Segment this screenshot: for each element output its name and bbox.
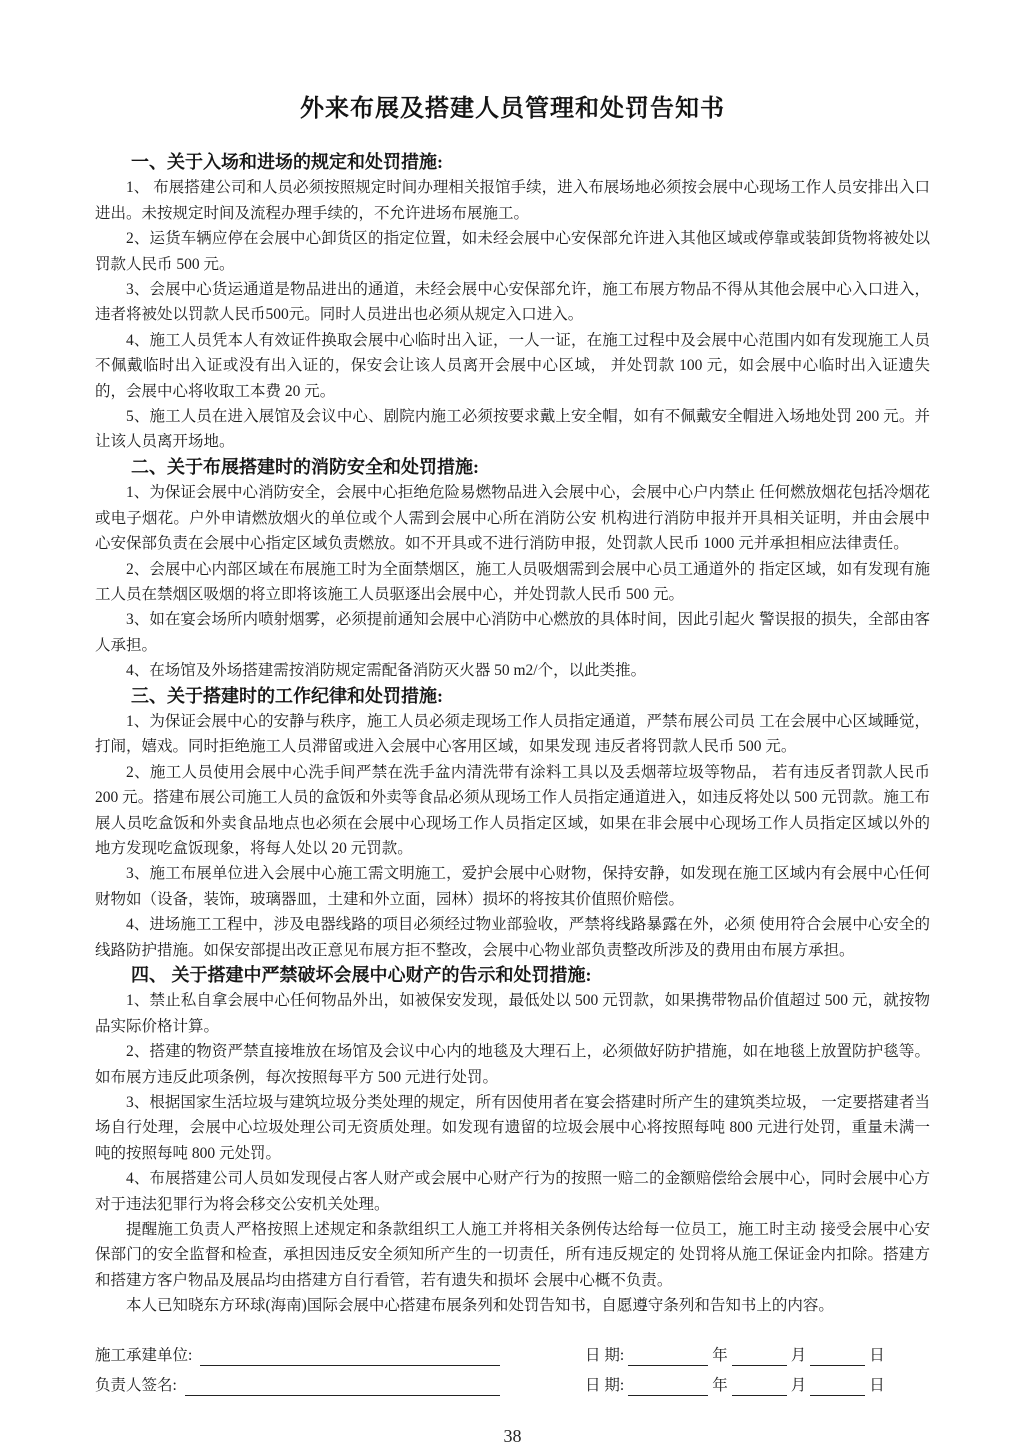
signer-signature-line[interactable] [185,1376,500,1396]
signature-block: 施工承建单位: 日 期: 年 月 日 负责人签名: [95,1345,930,1396]
section-4-paragraph: 2、搭建的物资严禁直接堆放在场馆及会议中心内的地毯及大理石上，必须做好防护措施，… [95,1039,930,1090]
year-label: 年 [712,1375,728,1396]
signer-field: 负责人签名: [95,1375,500,1396]
section-4-paragraph: 1、禁止私自拿会展中心任何物品外出，如被保安发现，最低处以 500 元罚款，如果… [95,988,930,1039]
section-2-paragraph: 4、在场馆及外场搭建需按消防规定需配备消防灭火器 50 m2/个，以此类推。 [95,658,930,683]
signer-label: 负责人签名: [95,1375,177,1396]
unit-label: 施工承建单位: [95,1345,192,1366]
date-year-line[interactable] [628,1346,708,1366]
section-1-paragraph: 2、运货车辆应停在会展中心卸货区的指定位置，如未经会展中心安保部允许进入其他区域… [95,226,930,277]
month-label: 月 [791,1345,807,1366]
document-title: 外来布展及搭建人员管理和处罚告知书 [95,94,930,124]
section-1-paragraph: 3、会展中心货运通道是物品进出的通道，未经会展中心安保部允许，施工布展方物品不得… [95,277,930,328]
section-2-paragraph: 2、会展中心内部区域在布展施工时为全面禁烟区，施工人员吸烟需到会展中心员工通道外… [95,557,930,608]
section-3-heading: 三、关于搭建时的工作纪律和处罚措施: [95,684,930,709]
section-3-paragraph: 1、为保证会展中心的安静与秩序，施工人员必须走现场工作人员指定通道，严禁布展公司… [95,709,930,760]
closing-paragraph: 提醒施工负责人严格按照上述规定和条款组织工人施工并将相关条例传达给每一位员工，施… [95,1217,930,1293]
section-3-paragraph: 4、进场施工工程中，涉及电器线路的项目必须经过物业部验收，严禁将线路暴露在外，必… [95,912,930,963]
section-1-paragraph: 1、 布展搭建公司和人员必须按照规定时间办理相关报馆手续，进入布展场地必须按会展… [95,175,930,226]
section-4-heading: 四、 关于搭建中严禁破坏会展中心财产的告示和处罚措施: [95,963,930,988]
closing-paragraph: 本人已知晓东方环球(海南)国际会展中心搭建布展条列和处罚告知书，自愿遵守条列和告… [95,1293,930,1318]
date-day-line[interactable] [810,1376,865,1396]
date-year-line[interactable] [628,1376,708,1396]
section-4-paragraph: 3、根据国家生活垃圾与建筑垃圾分类处理的规定，所有因使用者在宴会搭建时所产生的建… [95,1090,930,1166]
date-month-line[interactable] [732,1376,787,1396]
day-label: 日 [869,1375,885,1396]
page-number: 38 [95,1426,930,1447]
month-label: 月 [791,1375,807,1396]
section-1-paragraph: 5、施工人员在进入展馆及会议中心、剧院内施工必须按要求戴上安全帽，如有不佩戴安全… [95,404,930,455]
signature-row-unit: 施工承建单位: 日 期: 年 月 日 [95,1345,930,1366]
section-2-heading: 二、关于布展搭建时的消防安全和处罚措施: [95,455,930,480]
date-month-line[interactable] [732,1346,787,1366]
unit-field: 施工承建单位: [95,1345,500,1366]
date-label: 日 期: [585,1345,624,1366]
section-2-paragraph: 1、为保证会展中心消防安全，会展中心拒绝危险易燃物品进入会展中心，会展中心户内禁… [95,480,930,556]
date-field: 日 期: 年 月 日 [585,1375,930,1396]
date-label: 日 期: [585,1375,624,1396]
signature-row-signer: 负责人签名: 日 期: 年 月 日 [95,1375,930,1396]
section-3-paragraph: 3、施工布展单位进入会展中心施工需文明施工，爱护会展中心财物，保持安静，如发现在… [95,861,930,912]
section-1-paragraph: 4、施工人员凭本人有效证件换取会展中心临时出入证，一人一证，在施工过程中及会展中… [95,328,930,404]
day-label: 日 [869,1345,885,1366]
unit-signature-line[interactable] [200,1346,500,1366]
year-label: 年 [712,1345,728,1366]
section-4-paragraph: 4、布展搭建公司人员如发现侵占客人财产或会展中心财产行为的按照一赔二的金额赔偿给… [95,1166,930,1217]
document-page: 外来布展及搭建人员管理和处罚告知书 一、关于入场和进场的规定和处罚措施: 1、 … [0,0,1024,1448]
document-content: 外来布展及搭建人员管理和处罚告知书 一、关于入场和进场的规定和处罚措施: 1、 … [0,0,1024,1447]
section-3-paragraph: 2、施工人员使用会展中心洗手间严禁在洗手盆内清洗带有涂料工具以及丢烟蒂垃圾等物品… [95,760,930,862]
date-field: 日 期: 年 月 日 [585,1345,930,1366]
section-1-heading: 一、关于入场和进场的规定和处罚措施: [95,150,930,175]
section-2-paragraph: 3、如在宴会场所内喷射烟雾，必须提前通知会展中心消防中心燃放的具体时间，因此引起… [95,607,930,658]
date-day-line[interactable] [810,1346,865,1366]
